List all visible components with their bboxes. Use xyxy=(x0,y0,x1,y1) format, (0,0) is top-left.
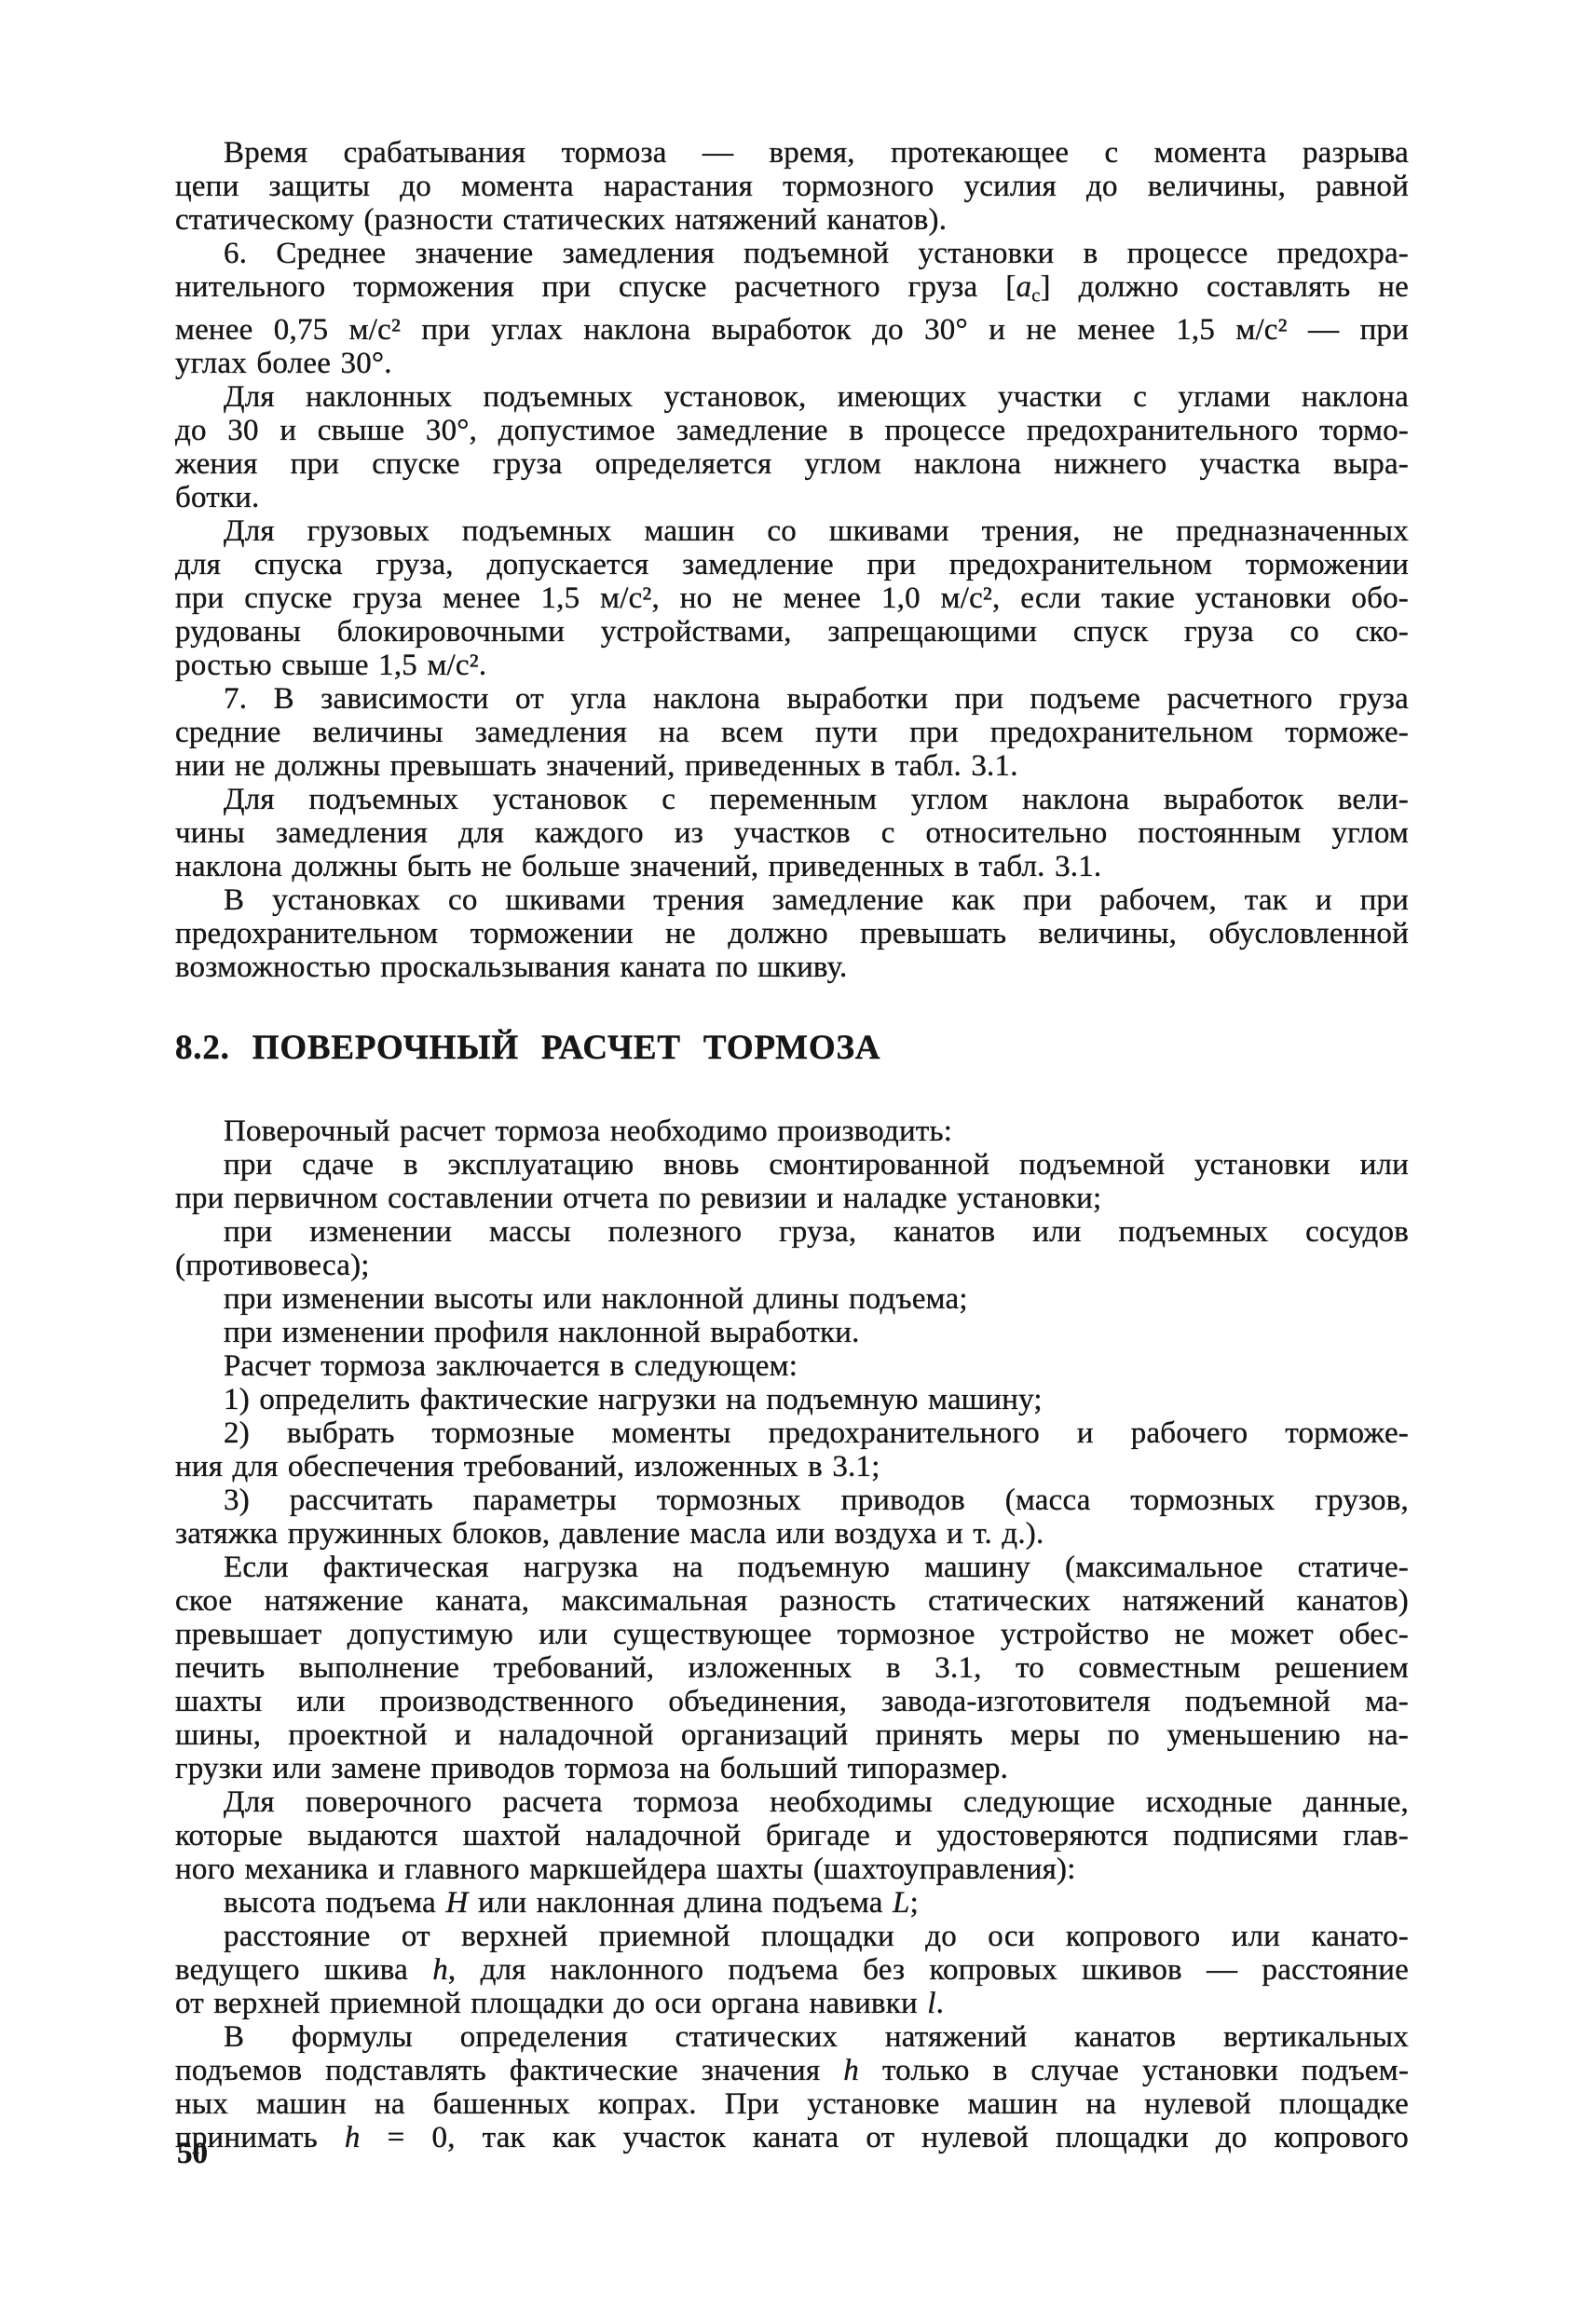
text-line: средние величины замедления на всем пути… xyxy=(175,716,1409,749)
body-text-upper: Время срабатывания тормоза — время, прот… xyxy=(175,136,1409,984)
text-line: ных машин на башенных копрах. При устано… xyxy=(175,2087,1409,2121)
text-line: (противовеса); xyxy=(175,1249,1409,1282)
text-line: менее 0,75 м/с² при углах наклона вырабо… xyxy=(175,313,1409,347)
text-line: рудованы блокировочными устройствами, за… xyxy=(175,615,1409,649)
text-line: от верхней приемной площадки до оси орга… xyxy=(175,1987,1409,2020)
paragraph: при изменении профиля наклонной выработк… xyxy=(175,1316,1409,1349)
text-line: Расчет тормоза заключается в следующем: xyxy=(175,1349,1409,1383)
text-line: ботки. xyxy=(175,481,1409,514)
text-line: грузки или замене приводов тормоза на бо… xyxy=(175,1752,1409,1785)
text-line: при первичном составлении отчета по реви… xyxy=(175,1182,1409,1215)
math-symbol: h xyxy=(432,1953,448,1987)
paragraph: 6. Среднее значение замедления подъемной… xyxy=(175,237,1409,380)
paragraph: 2) выбрать тормозные моменты предохранит… xyxy=(175,1416,1409,1484)
text-column: Время срабатывания тормоза — время, прот… xyxy=(175,136,1409,2154)
text-line: 2) выбрать тормозные моменты предохранит… xyxy=(175,1416,1409,1450)
paragraph: В установках со шкивами трения замедлени… xyxy=(175,883,1409,984)
text-line: печить выполнение требований, изложенных… xyxy=(175,1651,1409,1685)
text-line: ния для обеспечения требований, изложенн… xyxy=(175,1450,1409,1484)
text-line: 3) рассчитать параметры тормозных привод… xyxy=(175,1484,1409,1517)
text-line: расстояние от верхней приемной площадки … xyxy=(175,1920,1409,1953)
text-line: возможностью проскальзывания каната по ш… xyxy=(175,950,1409,984)
paragraph: Для наклонных подъемных установок, имеющ… xyxy=(175,380,1409,514)
text-line: 7. В зависимости от угла наклона выработ… xyxy=(175,682,1409,716)
text-line: углах более 30°. xyxy=(175,347,1409,380)
paragraph: Для поверочного расчета тормоза необходи… xyxy=(175,1785,1409,1886)
paragraph: 3) рассчитать параметры тормозных привод… xyxy=(175,1484,1409,1551)
text-line: Для поверочного расчета тормоза необходи… xyxy=(175,1785,1409,1819)
paragraph: 1) определить фактические нагрузки на по… xyxy=(175,1383,1409,1416)
text-line: при изменении массы полезного груза, кан… xyxy=(175,1215,1409,1249)
text-line: при спуске груза менее 1,5 м/с², но не м… xyxy=(175,581,1409,615)
text-line: нии не должны превышать значений, привед… xyxy=(175,749,1409,783)
math-symbol: a xyxy=(1016,270,1031,304)
paragraph: Если фактическая нагрузка на подъемную м… xyxy=(175,1551,1409,1785)
text-line: затяжка пружинных блоков, давление масла… xyxy=(175,1517,1409,1551)
section-heading: 8.2. ПОВЕРОЧНЫЙ РАСЧЕТ ТОРМОЗА xyxy=(175,1027,1409,1070)
text-line: подъемов подставлять фактические значени… xyxy=(175,2054,1409,2087)
text-line: Поверочный расчет тормоза необходимо про… xyxy=(175,1114,1409,1148)
text-line: до 30 и свыше 30°, допустимое замедление… xyxy=(175,414,1409,447)
paragraph: Для грузовых подъемных машин со шкивами … xyxy=(175,514,1409,682)
text-line: нительного торможения при спуске расчетн… xyxy=(175,270,1409,313)
text-line: статическому (разности статических натяж… xyxy=(175,203,1409,237)
text-line: ростью свыше 1,5 м/с². xyxy=(175,649,1409,682)
text-line: В установках со шкивами трения замедлени… xyxy=(175,883,1409,917)
text-line: шины, проектной и наладочной организаций… xyxy=(175,1718,1409,1752)
paragraph: высота подъема H или наклонная длина под… xyxy=(175,1886,1409,1920)
text-line: 1) определить фактические нагрузки на по… xyxy=(175,1383,1409,1416)
text-line: Если фактическая нагрузка на подъемную м… xyxy=(175,1551,1409,1584)
text-line: при изменении высоты или наклонной длины… xyxy=(175,1282,1409,1316)
text-line: цепи защиты до момента нарастания тормоз… xyxy=(175,170,1409,203)
text-line: при сдаче в эксплуатацию вновь смонтиров… xyxy=(175,1148,1409,1182)
text-line: которые выдаются шахтой наладочной брига… xyxy=(175,1819,1409,1853)
math-symbol: H xyxy=(445,1886,468,1920)
text-line: ское натяжение каната, максимальная разн… xyxy=(175,1584,1409,1618)
paragraph: Для подъемных установок с переменным угл… xyxy=(175,783,1409,883)
page-number: 50 xyxy=(177,2137,208,2171)
paragraph: Время срабатывания тормоза — время, прот… xyxy=(175,136,1409,237)
document-page: Время срабатывания тормоза — время, прот… xyxy=(0,0,1596,2311)
math-symbol: l xyxy=(927,1987,935,2020)
paragraph: Поверочный расчет тормоза необходимо про… xyxy=(175,1114,1409,1148)
paragraph: при сдаче в эксплуатацию вновь смонтиров… xyxy=(175,1148,1409,1215)
text-line: шахты или производственного объединения,… xyxy=(175,1685,1409,1718)
text-line: наклона должны быть не больше значений, … xyxy=(175,850,1409,883)
paragraph: при изменении массы полезного груза, кан… xyxy=(175,1215,1409,1282)
paragraph: В формулы определения статических натяже… xyxy=(175,2020,1409,2154)
text-line: Для подъемных установок с переменным угл… xyxy=(175,783,1409,816)
text-line: предохранительном торможении не должно п… xyxy=(175,917,1409,950)
text-line: Время срабатывания тормоза — время, прот… xyxy=(175,136,1409,170)
text-line: 6. Среднее значение замедления подъемной… xyxy=(175,237,1409,270)
script-text: с xyxy=(1031,286,1040,307)
math-symbol: h xyxy=(345,2121,361,2154)
paragraph: Расчет тормоза заключается в следующем: xyxy=(175,1349,1409,1383)
text-line: высота подъема H или наклонная длина под… xyxy=(175,1886,1409,1920)
text-line: при изменении профиля наклонной выработк… xyxy=(175,1316,1409,1349)
text-line: Для наклонных подъемных установок, имеющ… xyxy=(175,380,1409,414)
text-line: принимать h = 0, так как участок каната … xyxy=(175,2121,1409,2154)
text-line: ведущего шкива h, для наклонного подъема… xyxy=(175,1953,1409,1987)
text-line: для спуска груза, допускается замедление… xyxy=(175,548,1409,581)
text-line: Для грузовых подъемных машин со шкивами … xyxy=(175,514,1409,548)
text-line: превышает допустимую или существующее то… xyxy=(175,1618,1409,1651)
body-text-lower: Поверочный расчет тормоза необходимо про… xyxy=(175,1114,1409,2154)
text-line: В формулы определения статических натяже… xyxy=(175,2020,1409,2054)
math-symbol: h xyxy=(843,2054,859,2087)
text-line: ного механика и главного маркшейдера шах… xyxy=(175,1853,1409,1886)
paragraph: при изменении высоты или наклонной длины… xyxy=(175,1282,1409,1316)
paragraph: 7. В зависимости от угла наклона выработ… xyxy=(175,682,1409,783)
text-line: чины замедления для каждого из участков … xyxy=(175,816,1409,850)
paragraph: расстояние от верхней приемной площадки … xyxy=(175,1920,1409,2020)
text-line: жения при спуске груза определяется угло… xyxy=(175,447,1409,481)
math-symbol: L xyxy=(893,1886,910,1920)
